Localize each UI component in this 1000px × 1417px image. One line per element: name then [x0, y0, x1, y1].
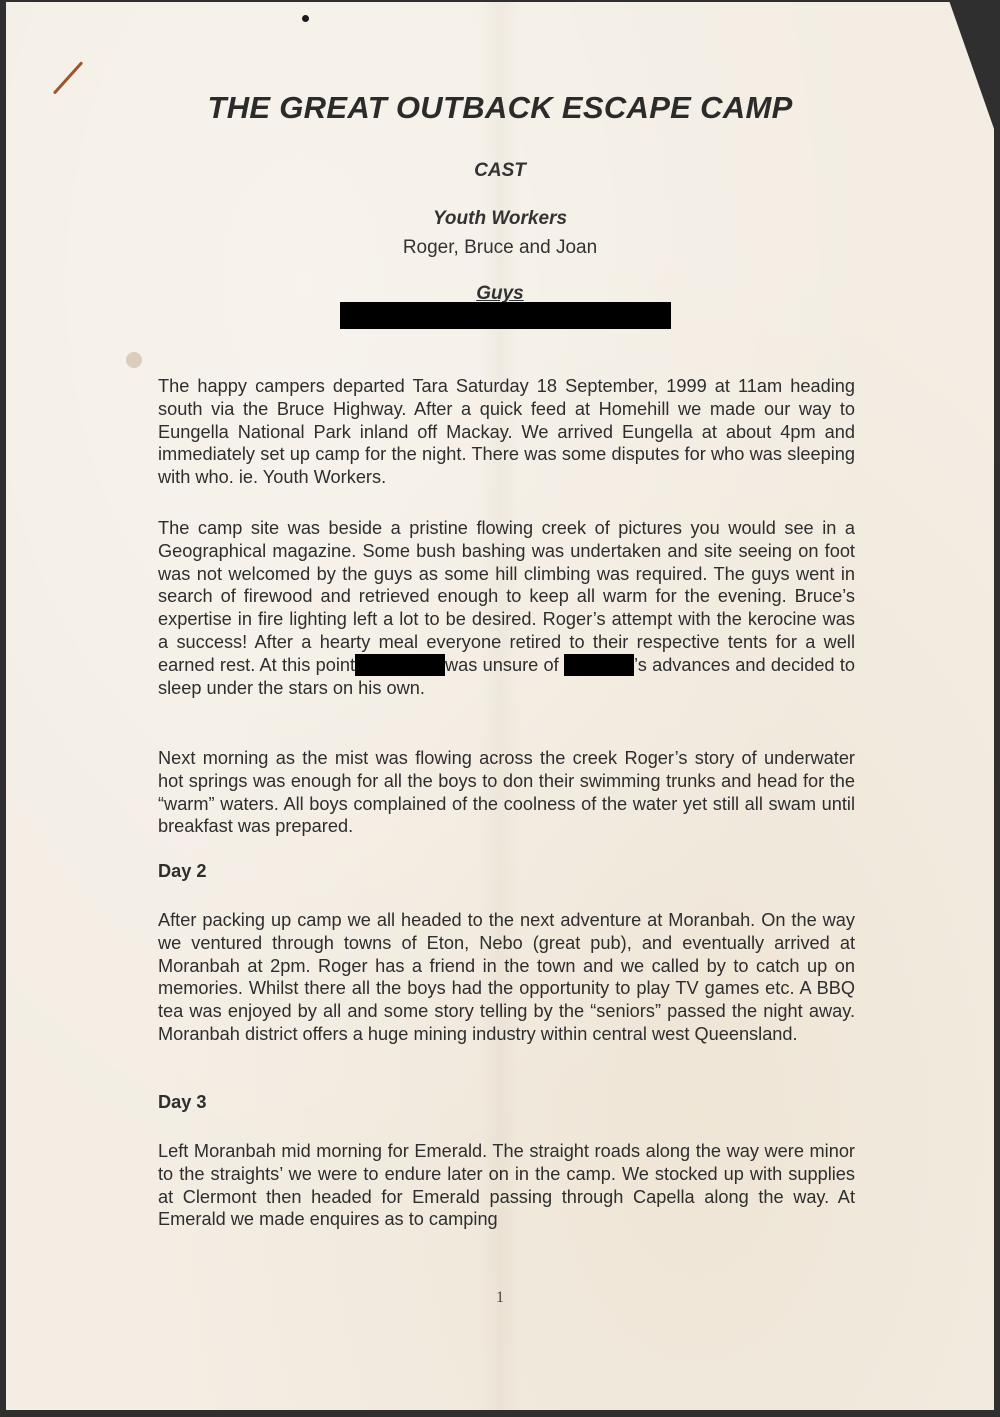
paragraph-camp-site: The camp site was beside a pristine flow… — [158, 517, 855, 699]
day2-paragraph: After packing up camp we all headed to t… — [158, 909, 855, 1046]
day3-heading: Day 3 — [158, 1091, 855, 1114]
cast-heading: CAST — [6, 160, 994, 182]
paragraph-next-morning: Next morning as the mist was flowing acr… — [158, 747, 855, 838]
redacted-name — [355, 654, 445, 676]
page-number: 1 — [6, 1289, 994, 1307]
paragraph-camp-site-part2: was unsure of — [445, 655, 559, 675]
document-title: THE GREAT OUTBACK ESCAPE CAMP — [6, 90, 994, 126]
day2-heading: Day 2 — [158, 860, 855, 883]
document-page: THE GREAT OUTBACK ESCAPE CAMP CAST Youth… — [6, 2, 994, 1410]
paragraph-camp-site-part1: The camp site was beside a pristine flow… — [158, 518, 855, 675]
paragraph-departure: The happy campers departed Tara Saturday… — [158, 375, 855, 489]
punch-hole — [302, 15, 309, 22]
redacted-name — [564, 654, 634, 676]
day3-paragraph: Left Moranbah mid morning for Emerald. T… — [158, 1140, 855, 1231]
redacted-guys-names — [340, 302, 671, 329]
youth-workers-names: Roger, Bruce and Joan — [6, 237, 994, 259]
paper-stain — [126, 352, 142, 368]
youth-workers-heading: Youth Workers — [6, 208, 994, 230]
